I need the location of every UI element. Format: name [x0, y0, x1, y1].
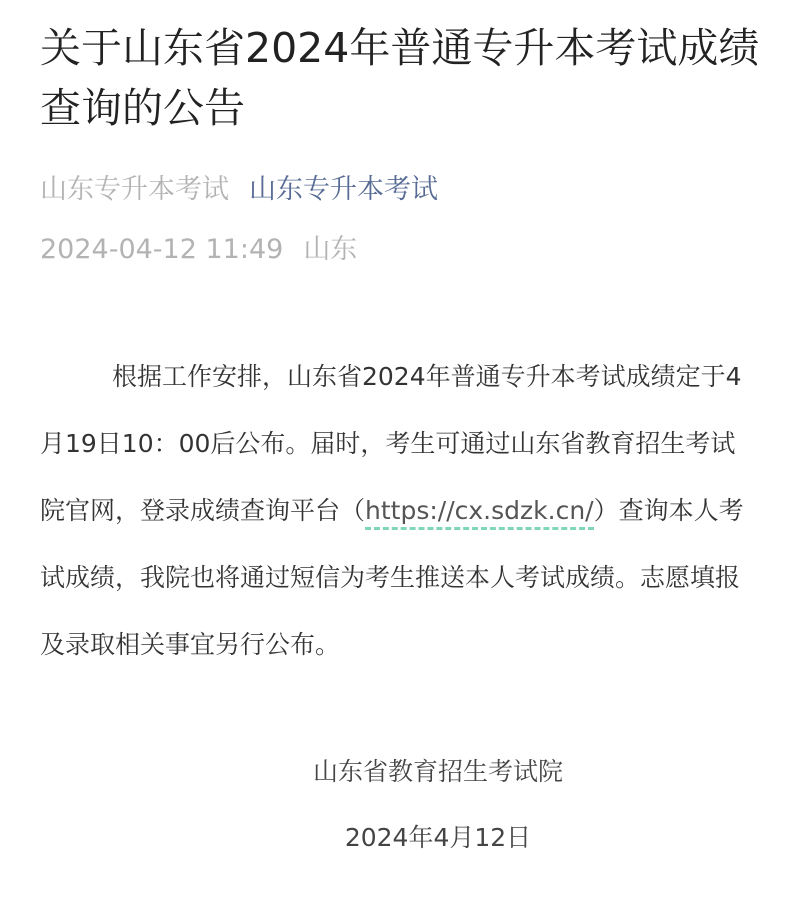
article-body: 根据工作安排，山东省2024年普通专升本考试成绩定于4月19日10：00后公布。… [40, 343, 760, 678]
article-meta-source: 山东专升本考试山东专升本考试 [40, 170, 438, 210]
article-meta-time: 2024-04-12 11:49山东 [40, 230, 357, 270]
paren-close: ） [594, 496, 619, 525]
source-name: 山东专升本考试 [40, 174, 229, 205]
article-title: 关于山东省2024年普通专升本考试成绩查询的公告 [40, 18, 770, 138]
signature-organization: 山东省教育招生考试院 [38, 752, 800, 788]
account-name-link[interactable]: 山东专升本考试 [249, 174, 438, 205]
score-query-link[interactable]: https://cx.sdzk.cn/ [365, 496, 594, 530]
paren-open: （ [340, 496, 365, 525]
signature-date: 2024年4月12日 [38, 818, 800, 854]
publish-location: 山东 [303, 234, 357, 265]
publish-time: 2024-04-12 11:49 [40, 234, 283, 265]
